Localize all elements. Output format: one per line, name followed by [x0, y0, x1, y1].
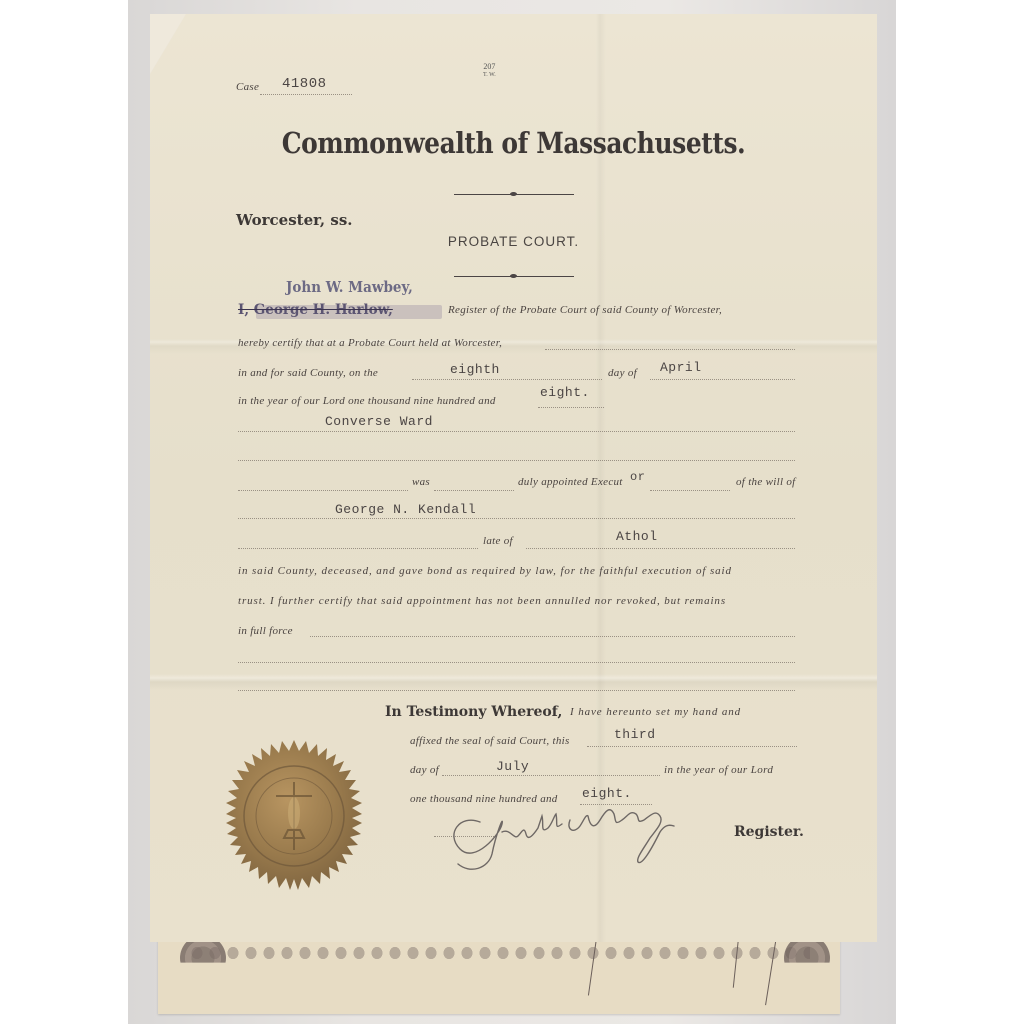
case-number: 41808: [282, 76, 327, 92]
executor-suffix: or: [630, 470, 645, 484]
executor-line-2: [238, 460, 795, 461]
line-1-text: Register of the Probate Court of said Co…: [448, 304, 722, 316]
will-of-text: of the will of: [736, 476, 796, 488]
register-title: Register.: [734, 824, 804, 840]
testimony-heading: In Testimony Whereof,: [385, 704, 562, 720]
line-2-text: hereby certify that at a Probate Court h…: [238, 337, 502, 349]
struck-register-name: I, George H. Harlow,: [238, 302, 393, 318]
late-of-text: late of: [483, 535, 513, 547]
line-11-text: in full force: [238, 625, 293, 637]
executor-suffix-line: [650, 490, 730, 491]
was-line-lead: [238, 490, 408, 491]
document-title: Commonwealth of Massachusetts.: [201, 126, 826, 160]
day-line: [412, 379, 602, 380]
testimony-line-1: I have hereunto set my hand and: [570, 706, 741, 718]
testimony-month-line: [442, 775, 660, 776]
line-4-text: in the year of our Lord one thousand nin…: [238, 395, 496, 407]
court-ornament-dot: [510, 274, 517, 278]
testimony-line-2: affixed the seal of said Court, this: [410, 735, 570, 747]
testimony-day: third: [614, 727, 656, 742]
decorative-lace-border: [188, 942, 810, 964]
appointment-year: eight.: [540, 385, 590, 400]
testimony-day-line: [587, 746, 797, 747]
case-label: Case: [236, 81, 259, 93]
title-ornament-dot: [510, 192, 517, 196]
deceased-name: George N. Kendall: [335, 502, 476, 517]
testimony-month: July: [496, 759, 529, 774]
blank-line-2: [238, 690, 795, 691]
testimony-day-of: day of: [410, 764, 439, 776]
blank-line-1: [238, 662, 795, 663]
county-heading: Worcester, ss.: [236, 211, 353, 229]
line-9-text: in said County, deceased, and gave bond …: [238, 565, 732, 577]
executor-name: Converse Ward: [325, 414, 433, 429]
testimony-year: eight.: [582, 786, 632, 801]
year-line: [538, 407, 604, 408]
register-name-stamp: John W. Mawbey,: [286, 278, 413, 296]
fold-mark-initials: T. W.: [483, 71, 496, 80]
fold-mark: 207 T. W.: [483, 62, 496, 80]
deceased-town: Athol: [616, 529, 658, 544]
deceased-line: [238, 518, 795, 519]
was-line-mid: [434, 490, 514, 491]
case-line: [260, 94, 352, 95]
line-3-text: in and for said County, on the: [238, 367, 378, 379]
line-10-text: trust. I further certify that said appoi…: [238, 595, 726, 607]
day-of-text: day of: [608, 367, 637, 379]
appointment-month: April: [660, 360, 702, 375]
testimony-line-3: in the year of our Lord: [664, 764, 773, 776]
line-2-blank: [545, 349, 795, 350]
town-line: [526, 548, 795, 549]
month-line: [650, 379, 795, 380]
court-seal-icon: [214, 738, 374, 898]
register-signature: [440, 804, 740, 874]
fold-mark-number: 207: [483, 62, 496, 71]
lower-sheet: [158, 930, 840, 1014]
late-of-line-lead: [238, 548, 478, 549]
executor-line-1: [238, 431, 795, 432]
court-heading: PROBATE COURT.: [150, 234, 877, 249]
full-force-line: [310, 636, 795, 637]
appointment-day: eighth: [450, 362, 500, 377]
appointed-text: duly appointed Execut: [518, 476, 623, 488]
certificate-sheet: Case 41808 207 T. W. Commonwealth of Mas…: [150, 14, 877, 942]
was-text: was: [412, 476, 430, 488]
